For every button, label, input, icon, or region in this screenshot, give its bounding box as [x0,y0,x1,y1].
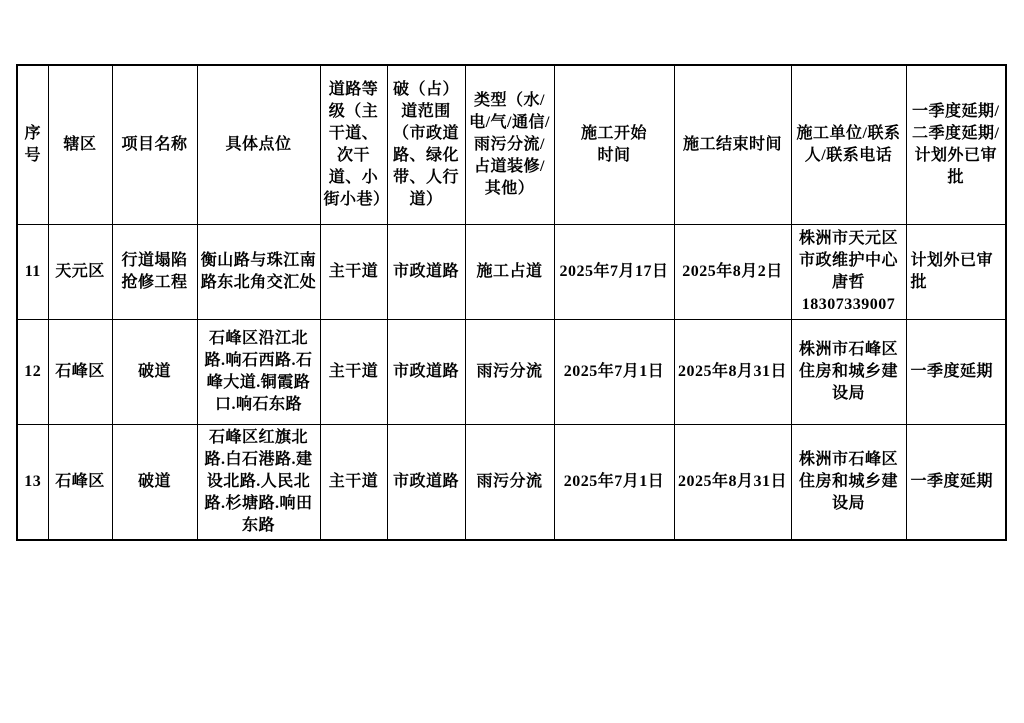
header-cell-contractor: 施工单位/联系人/联系电话 [791,65,906,224]
cell-type: 雨污分流 [465,319,554,424]
table-row: 12 石峰区 破道 石峰区沿江北路.响石西路.石峰大道.铜霞路口.响石东路 主干… [17,319,1006,424]
header-cell-status: 一季度延期/二季度延期/计划外已审批 [906,65,1006,224]
table-header-row: 序号 辖区 项目名称 具体点位 道路等级（主干道、次干道、小街小巷） 破（占）道… [17,65,1006,224]
document-page: 序号 辖区 项目名称 具体点位 道路等级（主干道、次干道、小街小巷） 破（占）道… [0,0,1024,723]
cell-serial: 11 [17,224,48,319]
cell-project-name: 破道 [112,424,197,540]
cell-end-date: 2025年8月31日 [674,424,791,540]
cell-district: 石峰区 [48,319,112,424]
cell-contractor: 株洲市石峰区住房和城乡建设局 [791,319,906,424]
cell-district: 石峰区 [48,424,112,540]
table-row: 11 天元区 行道塌陷抢修工程 衡山路与珠江南路东北角交汇处 主干道 市政道路 … [17,224,1006,319]
cell-road-level: 主干道 [320,319,387,424]
cell-start-date: 2025年7月17日 [554,224,674,319]
header-cell-project-name: 项目名称 [112,65,197,224]
header-cell-start-date: 施工开始 时间 [554,65,674,224]
cell-contractor: 株洲市天元区市政维护中心 唐哲 18307339007 [791,224,906,319]
cell-start-date: 2025年7月1日 [554,319,674,424]
header-cell-district: 辖区 [48,65,112,224]
table-row: 13 石峰区 破道 石峰区红旗北路.白石港路.建设北路.人民北路.杉塘路.响田东… [17,424,1006,540]
cell-scope: 市政道路 [387,424,465,540]
cell-end-date: 2025年8月31日 [674,319,791,424]
cell-scope: 市政道路 [387,224,465,319]
cell-type: 雨污分流 [465,424,554,540]
cell-type: 施工占道 [465,224,554,319]
construction-projects-table: 序号 辖区 项目名称 具体点位 道路等级（主干道、次干道、小街小巷） 破（占）道… [16,64,1007,541]
cell-status: 一季度延期 [906,319,1006,424]
cell-status: 计划外已审批 [906,224,1006,319]
cell-location: 石峰区红旗北路.白石港路.建设北路.人民北路.杉塘路.响田东路 [197,424,320,540]
header-cell-scope: 破（占）道范围（市政道路、绿化带、人行道） [387,65,465,224]
cell-start-date: 2025年7月1日 [554,424,674,540]
header-cell-type: 类型（水/电/气/通信/雨污分流/占道装修/其他） [465,65,554,224]
cell-scope: 市政道路 [387,319,465,424]
cell-district: 天元区 [48,224,112,319]
header-cell-end-date: 施工结束时间 [674,65,791,224]
header-cell-location: 具体点位 [197,65,320,224]
cell-location: 石峰区沿江北路.响石西路.石峰大道.铜霞路口.响石东路 [197,319,320,424]
cell-status: 一季度延期 [906,424,1006,540]
cell-serial: 13 [17,424,48,540]
cell-contractor: 株洲市石峰区住房和城乡建设局 [791,424,906,540]
cell-location: 衡山路与珠江南路东北角交汇处 [197,224,320,319]
construction-projects-table-wrap: 序号 辖区 项目名称 具体点位 道路等级（主干道、次干道、小街小巷） 破（占）道… [16,64,1007,541]
cell-road-level: 主干道 [320,424,387,540]
cell-road-level: 主干道 [320,224,387,319]
cell-serial: 12 [17,319,48,424]
header-cell-road-level: 道路等级（主干道、次干道、小街小巷） [320,65,387,224]
header-cell-serial: 序号 [17,65,48,224]
cell-end-date: 2025年8月2日 [674,224,791,319]
cell-project-name: 行道塌陷抢修工程 [112,224,197,319]
cell-project-name: 破道 [112,319,197,424]
